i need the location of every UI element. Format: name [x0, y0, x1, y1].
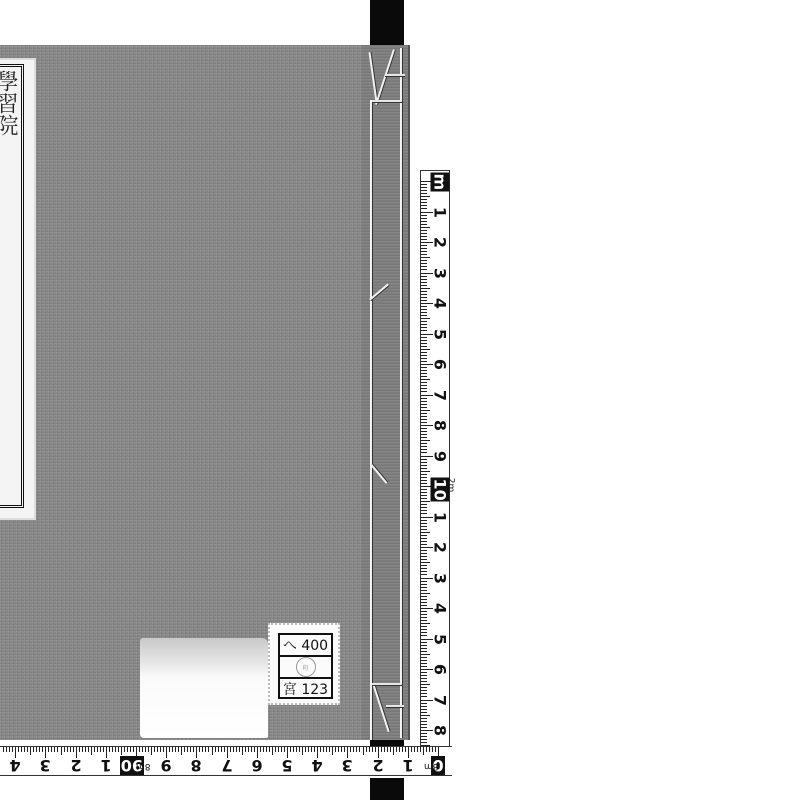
ruler-tick	[421, 190, 427, 191]
ruler-tick	[421, 599, 427, 600]
ruler-tick	[421, 251, 427, 252]
ruler-tick	[421, 492, 427, 493]
ruler-tick	[248, 747, 249, 752]
ruler-tick	[172, 747, 173, 752]
ruler-tick	[57, 747, 58, 752]
ruler-tick	[432, 747, 433, 752]
ruler-tick	[421, 227, 430, 228]
ruler-tick	[151, 747, 152, 755]
ruler-tick	[118, 747, 119, 752]
ruler-tick	[423, 747, 424, 755]
ruler-tick	[421, 401, 427, 402]
ruler-tick	[421, 239, 427, 240]
ruler-tick	[27, 747, 28, 752]
ruler-label: 4	[431, 600, 450, 618]
ruler-tick	[421, 398, 427, 399]
ruler-tick	[421, 260, 427, 261]
calibration-bar-bottom	[370, 778, 404, 800]
ruler-tick	[421, 199, 427, 200]
ruler-tick	[421, 507, 427, 508]
ruler-tick	[421, 294, 427, 295]
ruler-tick	[399, 747, 400, 752]
ruler-tick	[421, 266, 427, 267]
ruler-tick	[421, 480, 427, 481]
ruler-tick	[421, 532, 430, 533]
ruler-tick	[414, 747, 415, 752]
ruler-tick	[421, 733, 427, 734]
ruler-tick	[332, 747, 333, 755]
ruler-tick	[421, 349, 430, 350]
ruler-tick	[103, 747, 104, 752]
ruler-tick	[218, 747, 219, 752]
ruler-tick	[421, 419, 427, 420]
ruler-tick	[402, 747, 403, 752]
ruler-tick	[421, 297, 427, 298]
ruler-unit-marker: 8m	[136, 761, 151, 771]
ruler-tick	[421, 648, 427, 649]
ruler-tick	[18, 747, 19, 752]
ruler-tick	[421, 215, 427, 216]
ruler-tick	[421, 632, 427, 633]
ruler-tick	[421, 279, 427, 280]
ruler-tick	[311, 747, 312, 752]
ruler-tick	[421, 590, 427, 591]
ruler-tick	[115, 747, 116, 752]
ruler-tick	[421, 696, 427, 697]
ruler-tick	[3, 747, 4, 752]
seal-stamp-icon: 印	[296, 657, 316, 677]
ruler-tick	[51, 747, 52, 752]
ruler-tick	[421, 221, 427, 222]
ruler-tick	[148, 747, 149, 752]
ruler-tick	[112, 747, 113, 752]
ruler-tick	[338, 747, 339, 752]
ruler-tick	[421, 410, 430, 411]
ruler-tick	[421, 471, 430, 472]
ruler-tick	[421, 391, 427, 392]
ruler-tick	[421, 413, 427, 414]
seal-row: 印	[280, 657, 331, 679]
ruler-label: 6	[249, 756, 265, 775]
ruler-tick	[224, 747, 225, 752]
ruler-tick	[88, 747, 89, 752]
ruler-tick	[323, 747, 324, 752]
ruler-tick	[421, 693, 427, 694]
ruler-tick	[421, 678, 427, 679]
ruler-unit-marker: 8m	[424, 761, 439, 771]
ruler-tick	[421, 321, 427, 322]
ruler-tick	[421, 602, 427, 603]
ruler-label: 2	[370, 756, 386, 775]
ruler-tick	[421, 611, 427, 612]
ruler-tick	[356, 747, 357, 752]
ruler-tick	[421, 501, 430, 502]
ruler-tick	[94, 747, 95, 752]
ruler-tick	[421, 263, 427, 264]
ruler-tick	[421, 312, 427, 313]
ruler-tick	[421, 340, 427, 341]
ruler-tick	[421, 431, 427, 432]
ruler-tick	[421, 327, 427, 328]
ruler-label: 2	[68, 756, 84, 775]
ruler-tick	[421, 309, 427, 310]
binding-thread	[400, 48, 402, 738]
ruler-tick	[421, 596, 427, 597]
ruler-tick	[33, 747, 34, 752]
ruler-tick	[251, 747, 252, 752]
binding-thread	[372, 100, 402, 102]
ruler-tick	[421, 373, 427, 374]
ruler-tick	[421, 449, 427, 450]
ruler-tick	[421, 587, 427, 588]
ruler-tick	[381, 747, 382, 752]
ruler-tick	[260, 747, 261, 752]
ruler-tick	[421, 736, 427, 737]
ruler-tick	[160, 747, 161, 752]
ruler-tick	[124, 747, 125, 752]
ruler-label: 8	[431, 722, 450, 740]
ruler-tick	[48, 747, 49, 752]
ruler-tick	[341, 747, 342, 752]
ruler-tick	[215, 747, 216, 752]
ruler-tick	[208, 747, 209, 752]
ruler-label: 8	[431, 417, 450, 435]
ruler-tick	[421, 556, 427, 557]
ruler-tick	[36, 747, 37, 752]
ruler-tick	[61, 747, 62, 755]
ruler-tick	[421, 218, 427, 219]
ruler-label: 9	[158, 756, 174, 775]
ruler-tick	[421, 269, 427, 270]
ruler-tick	[127, 747, 128, 752]
ruler-tick	[97, 747, 98, 752]
ruler-label: 4	[309, 756, 325, 775]
ruler-tick	[421, 489, 427, 490]
ruler-tick	[212, 747, 213, 755]
ruler-tick	[421, 574, 427, 575]
ruler-tick	[390, 747, 391, 752]
ruler-label: m	[431, 173, 450, 191]
ruler-tick	[221, 747, 222, 752]
ruler-tick	[421, 495, 427, 496]
call-number-row-3: 宮 123	[280, 679, 331, 699]
ruler-label: 3	[431, 569, 450, 587]
ruler-tick	[109, 747, 110, 752]
ruler-tick	[421, 709, 427, 710]
ruler-tick	[421, 706, 427, 707]
library-label-grid: へ 400 印 宮 123	[278, 633, 333, 699]
ruler-tick	[421, 681, 427, 682]
ruler-tick	[79, 747, 80, 752]
ruler-tick	[67, 747, 68, 752]
ruler-tick	[387, 747, 388, 752]
ruler-label: 5	[431, 630, 450, 648]
ruler-tick	[199, 747, 200, 752]
ruler-tick	[421, 459, 427, 460]
ruler-tick	[421, 523, 427, 524]
ruler-tick	[421, 428, 427, 429]
ruler-tick	[154, 747, 155, 752]
binding-thread	[386, 705, 404, 707]
ruler-tick	[421, 367, 427, 368]
ruler-tick	[421, 343, 427, 344]
ruler-tick	[421, 361, 427, 362]
ruler-tick	[293, 747, 294, 752]
ruler-tick	[421, 452, 427, 453]
ruler-tick	[421, 742, 427, 743]
ruler-tick	[421, 635, 427, 636]
ruler-tick	[121, 747, 122, 755]
ruler-tick	[314, 747, 315, 752]
ruler-tick	[421, 385, 427, 386]
ruler-label: 4	[431, 295, 450, 313]
ruler-tick	[421, 510, 427, 511]
ruler-tick	[145, 747, 146, 752]
ruler-tick	[421, 623, 430, 624]
ruler-tick	[421, 562, 430, 563]
ruler-tick	[372, 747, 373, 752]
ruler-tick	[266, 747, 267, 752]
ruler-tick	[421, 352, 427, 353]
ruler-label: 2	[431, 539, 450, 557]
ruler-tick	[421, 443, 427, 444]
ruler-tick	[421, 739, 427, 740]
ruler-tick	[421, 642, 427, 643]
ruler-tick	[281, 747, 282, 752]
ruler-tick	[396, 747, 397, 752]
ruler-tick	[421, 654, 430, 655]
ruler-label: 1	[431, 508, 450, 526]
ruler-tick	[421, 626, 427, 627]
ruler-tick	[202, 747, 203, 752]
ruler-tick	[421, 388, 427, 389]
ruler-tick	[435, 747, 436, 752]
call-number-row-1: へ 400	[280, 635, 331, 657]
ruler-tick	[421, 544, 427, 545]
title-label-text: 學習院	[0, 70, 22, 136]
ruler-tick	[421, 224, 427, 225]
ruler-label: 1	[98, 756, 114, 775]
ruler-tick	[421, 236, 427, 237]
ruler-label: 1	[431, 203, 450, 221]
ruler-tick	[421, 535, 427, 536]
ruler-tick	[70, 747, 71, 752]
ruler-tick	[169, 747, 170, 752]
ruler-tick	[421, 257, 430, 258]
ruler-tick	[421, 614, 427, 615]
ruler-tick	[421, 663, 427, 664]
ruler-tick	[421, 593, 430, 594]
ruler-tick	[421, 660, 427, 661]
horizontal-scale-ruler: 43219098765432108m8m	[0, 746, 452, 776]
ruler-tick	[421, 684, 430, 685]
ruler-tick	[24, 747, 25, 752]
ruler-tick	[421, 208, 427, 209]
ruler-tick	[421, 724, 427, 725]
ruler-tick	[421, 474, 427, 475]
ruler-tick	[269, 747, 270, 752]
ruler-tick	[421, 565, 427, 566]
ruler-tick	[421, 498, 427, 499]
ruler-tick	[6, 747, 7, 752]
ruler-tick	[9, 747, 10, 752]
ruler-tick	[359, 747, 360, 752]
ruler-tick	[308, 747, 309, 752]
ruler-label: 1	[400, 756, 416, 775]
ruler-tick	[421, 672, 427, 673]
ruler-tick	[421, 504, 427, 505]
ruler-tick	[421, 440, 430, 441]
ruler-tick	[421, 657, 427, 658]
ruler-tick	[350, 747, 351, 752]
ruler-tick	[421, 721, 427, 722]
ruler-tick	[411, 747, 412, 752]
ruler-tick	[421, 571, 427, 572]
ruler-tick	[175, 747, 176, 752]
ruler-tick	[205, 747, 206, 752]
ruler-tick	[421, 629, 427, 630]
ruler-tick	[275, 747, 276, 752]
ruler-tick	[12, 747, 13, 752]
ruler-tick	[263, 747, 264, 752]
ruler-tick	[421, 651, 427, 652]
ruler-tick	[64, 747, 65, 752]
ruler-tick	[421, 550, 427, 551]
ruler-tick	[421, 513, 427, 514]
ruler-tick	[421, 526, 427, 527]
ruler-label: 9	[431, 447, 450, 465]
ruler-tick	[233, 747, 234, 752]
ruler-tick	[178, 747, 179, 752]
ruler-tick	[421, 282, 427, 283]
ruler-tick	[91, 747, 92, 755]
ruler-tick	[421, 291, 427, 292]
ruler-tick	[421, 202, 427, 203]
ruler-tick	[393, 747, 394, 755]
ruler-tick	[417, 747, 418, 752]
ruler-unit-marker: 2m	[445, 478, 455, 493]
calibration-bar-top	[370, 0, 404, 45]
ruler-tick	[421, 306, 427, 307]
ruler-tick	[421, 315, 427, 316]
ruler-tick	[21, 747, 22, 752]
ruler-tick	[245, 747, 246, 752]
ruler-tick	[421, 553, 427, 554]
ruler-tick	[421, 559, 427, 560]
ruler-tick	[421, 605, 427, 606]
ruler-tick	[421, 288, 430, 289]
ruler-tick	[130, 747, 131, 752]
ruler-tick	[421, 337, 427, 338]
ruler-tick	[421, 285, 427, 286]
ruler-label: 3	[37, 756, 53, 775]
ruler-tick	[329, 747, 330, 752]
ruler-tick	[375, 747, 376, 752]
ruler-tick	[421, 382, 427, 383]
ruler-tick	[421, 300, 427, 301]
ruler-tick	[54, 747, 55, 752]
ruler-tick	[30, 747, 31, 755]
ruler-label: 3	[431, 264, 450, 282]
ruler-tick	[421, 690, 427, 691]
ruler-tick	[242, 747, 243, 755]
ruler-tick	[421, 715, 430, 716]
ruler-tick	[421, 617, 427, 618]
ruler-tick	[421, 712, 427, 713]
ruler-tick	[421, 276, 427, 277]
ruler-tick	[421, 248, 427, 249]
ruler-tick	[421, 254, 427, 255]
ruler-label: 7	[431, 386, 450, 404]
ruler-tick	[193, 747, 194, 752]
ruler-tick	[405, 747, 406, 752]
ruler-tick	[421, 687, 427, 688]
ruler-tick	[366, 747, 367, 752]
ruler-tick	[429, 747, 430, 752]
ruler-tick	[272, 747, 273, 755]
ruler-tick	[299, 747, 300, 752]
ruler-tick	[163, 747, 164, 752]
library-call-number-label: へ 400 印 宮 123	[268, 623, 340, 705]
ruler-tick	[421, 584, 427, 585]
ruler-label: 6	[431, 356, 450, 374]
ruler-tick	[421, 330, 427, 331]
ruler-label: 5	[431, 325, 450, 343]
ruler-tick	[100, 747, 101, 752]
ruler-tick	[421, 718, 427, 719]
ruler-tick	[363, 747, 364, 755]
ruler-label: 7	[219, 756, 235, 775]
ruler-tick	[157, 747, 158, 752]
ruler-tick	[254, 747, 255, 752]
ruler-tick	[133, 747, 134, 752]
ruler-tick	[421, 446, 427, 447]
ruler-tick	[230, 747, 231, 752]
ruler-tick	[421, 645, 427, 646]
ruler-label: 8	[188, 756, 204, 775]
ruler-tick	[421, 675, 427, 676]
ruler-tick	[421, 538, 427, 539]
ruler-tick	[353, 747, 354, 752]
ruler-tick	[421, 193, 427, 194]
paper-patch	[140, 638, 268, 738]
binding-thread	[385, 74, 405, 76]
ruler-tick	[42, 747, 43, 752]
ruler-tick	[421, 434, 427, 435]
ruler-tick	[421, 245, 427, 246]
ruler-label: 2	[431, 234, 450, 252]
ruler-tick	[181, 747, 182, 755]
ruler-tick	[421, 184, 427, 185]
ruler-tick	[344, 747, 345, 752]
ruler-tick	[284, 747, 285, 752]
ruler-tick	[320, 747, 321, 752]
ruler-tick	[421, 404, 427, 405]
ruler-tick	[421, 437, 427, 438]
ruler-tick	[421, 230, 427, 231]
ruler-tick	[421, 703, 427, 704]
ruler-tick	[421, 376, 427, 377]
ruler-tick	[421, 468, 427, 469]
ruler-tick	[421, 355, 427, 356]
ruler-tick	[421, 407, 427, 408]
ruler-tick	[139, 747, 140, 752]
ruler-label: 6	[431, 661, 450, 679]
ruler-tick	[421, 196, 430, 197]
ruler-tick	[421, 462, 427, 463]
ruler-tick	[421, 324, 427, 325]
ruler-label: 4	[7, 756, 23, 775]
